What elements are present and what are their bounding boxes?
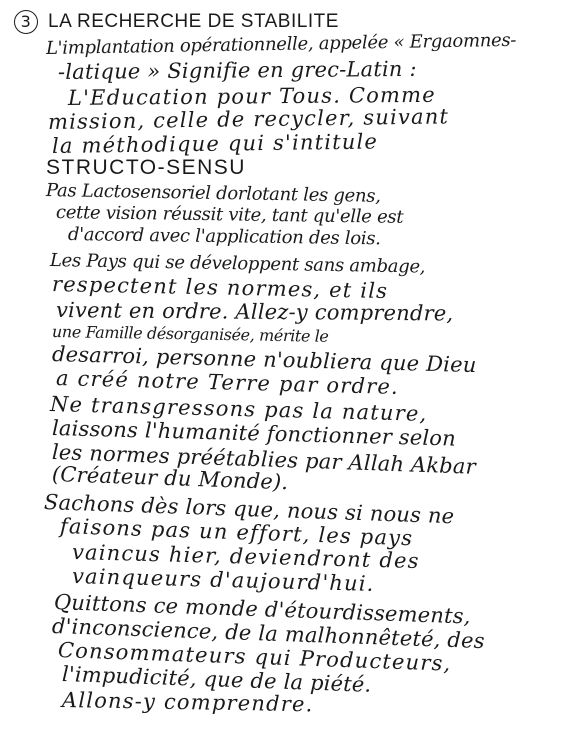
text-line: Allons-y comprendre. [62, 688, 314, 716]
text-line: vivent en ordre. Allez-y comprendre, [56, 298, 454, 325]
page-title: LA RECHERCHE DE STABILITE [48, 11, 339, 32]
section-heading: 3LA RECHERCHE DE STABILITE [14, 10, 339, 34]
text-line: mission, celle de recycler, suivant [48, 104, 449, 134]
text-line: -latique » Signifie en grec-Latin : [58, 57, 417, 84]
text-line: la méthodique qui s'intitule [52, 129, 378, 158]
handwritten-page: 3LA RECHERCHE DE STABILITE L'implantatio… [0, 0, 567, 738]
text-line: L'implantation opérationnelle, appelée «… [46, 30, 516, 59]
section-number-circle: 3 [14, 10, 38, 34]
method-name: STRUCTO-SENSU [46, 156, 246, 180]
text-line: d'accord avec l'application des lois. [68, 224, 381, 249]
